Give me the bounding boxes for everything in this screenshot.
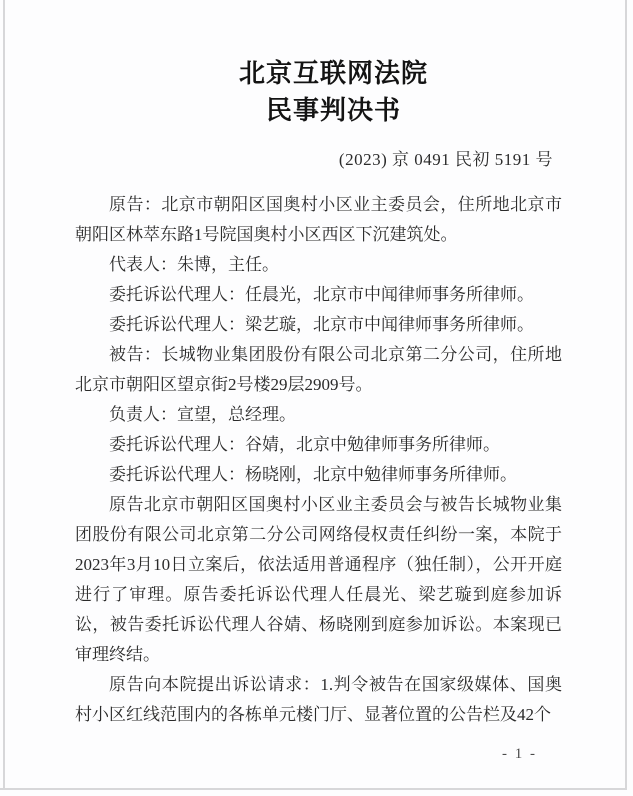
- court-name: 北京互联网法院: [34, 55, 633, 92]
- page-left-border: [3, 0, 5, 790]
- document-header: 北京互联网法院 民事判决书: [34, 55, 633, 129]
- paragraph-representative: 代表人：朱博，主任。: [75, 250, 562, 280]
- paragraph-defendant: 被告：长城物业集团股份有限公司北京第二分公司，住所地北京市朝阳区望京街2号楼29…: [75, 340, 562, 400]
- page-bottom-border: [0, 788, 627, 790]
- paragraph-case-overview: 原告北京市朝阳区国奥村小区业主委员会与被告长城物业集团股份有限公司北京第二分公司…: [75, 490, 562, 670]
- page-number: - 1 -: [502, 744, 537, 764]
- document-title: 民事判决书: [34, 92, 633, 129]
- case-number: (2023) 京 0491 民初 5191 号: [339, 149, 553, 171]
- paragraph-plaintiff: 原告：北京市朝阳区国奥村小区业主委员会，住所地北京市朝阳区林萃东路1号院国奥村小…: [75, 190, 562, 250]
- paragraph-defendant-agent-2: 委托诉讼代理人：杨晓刚，北京中勉律师事务所律师。: [75, 460, 562, 490]
- document-body: 原告：北京市朝阳区国奥村小区业主委员会，住所地北京市朝阳区林萃东路1号院国奥村小…: [75, 190, 562, 730]
- paragraph-defendant-principal: 负责人：宣望，总经理。: [75, 400, 562, 430]
- paragraph-plaintiff-agent-1: 委托诉讼代理人：任晨光，北京市中闻律师事务所律师。: [75, 280, 562, 310]
- judgment-document-page: 北京互联网法院 民事判决书 (2023) 京 0491 民初 5191 号 原告…: [0, 0, 633, 796]
- paragraph-claims: 原告向本院提出诉讼请求：1.判令被告在国家级媒体、国奥村小区红线范围内的各栋单元…: [75, 670, 562, 730]
- paragraph-defendant-agent-1: 委托诉讼代理人：谷婧，北京中勉律师事务所律师。: [75, 430, 562, 460]
- paragraph-plaintiff-agent-2: 委托诉讼代理人：梁艺璇，北京市中闻律师事务所律师。: [75, 310, 562, 340]
